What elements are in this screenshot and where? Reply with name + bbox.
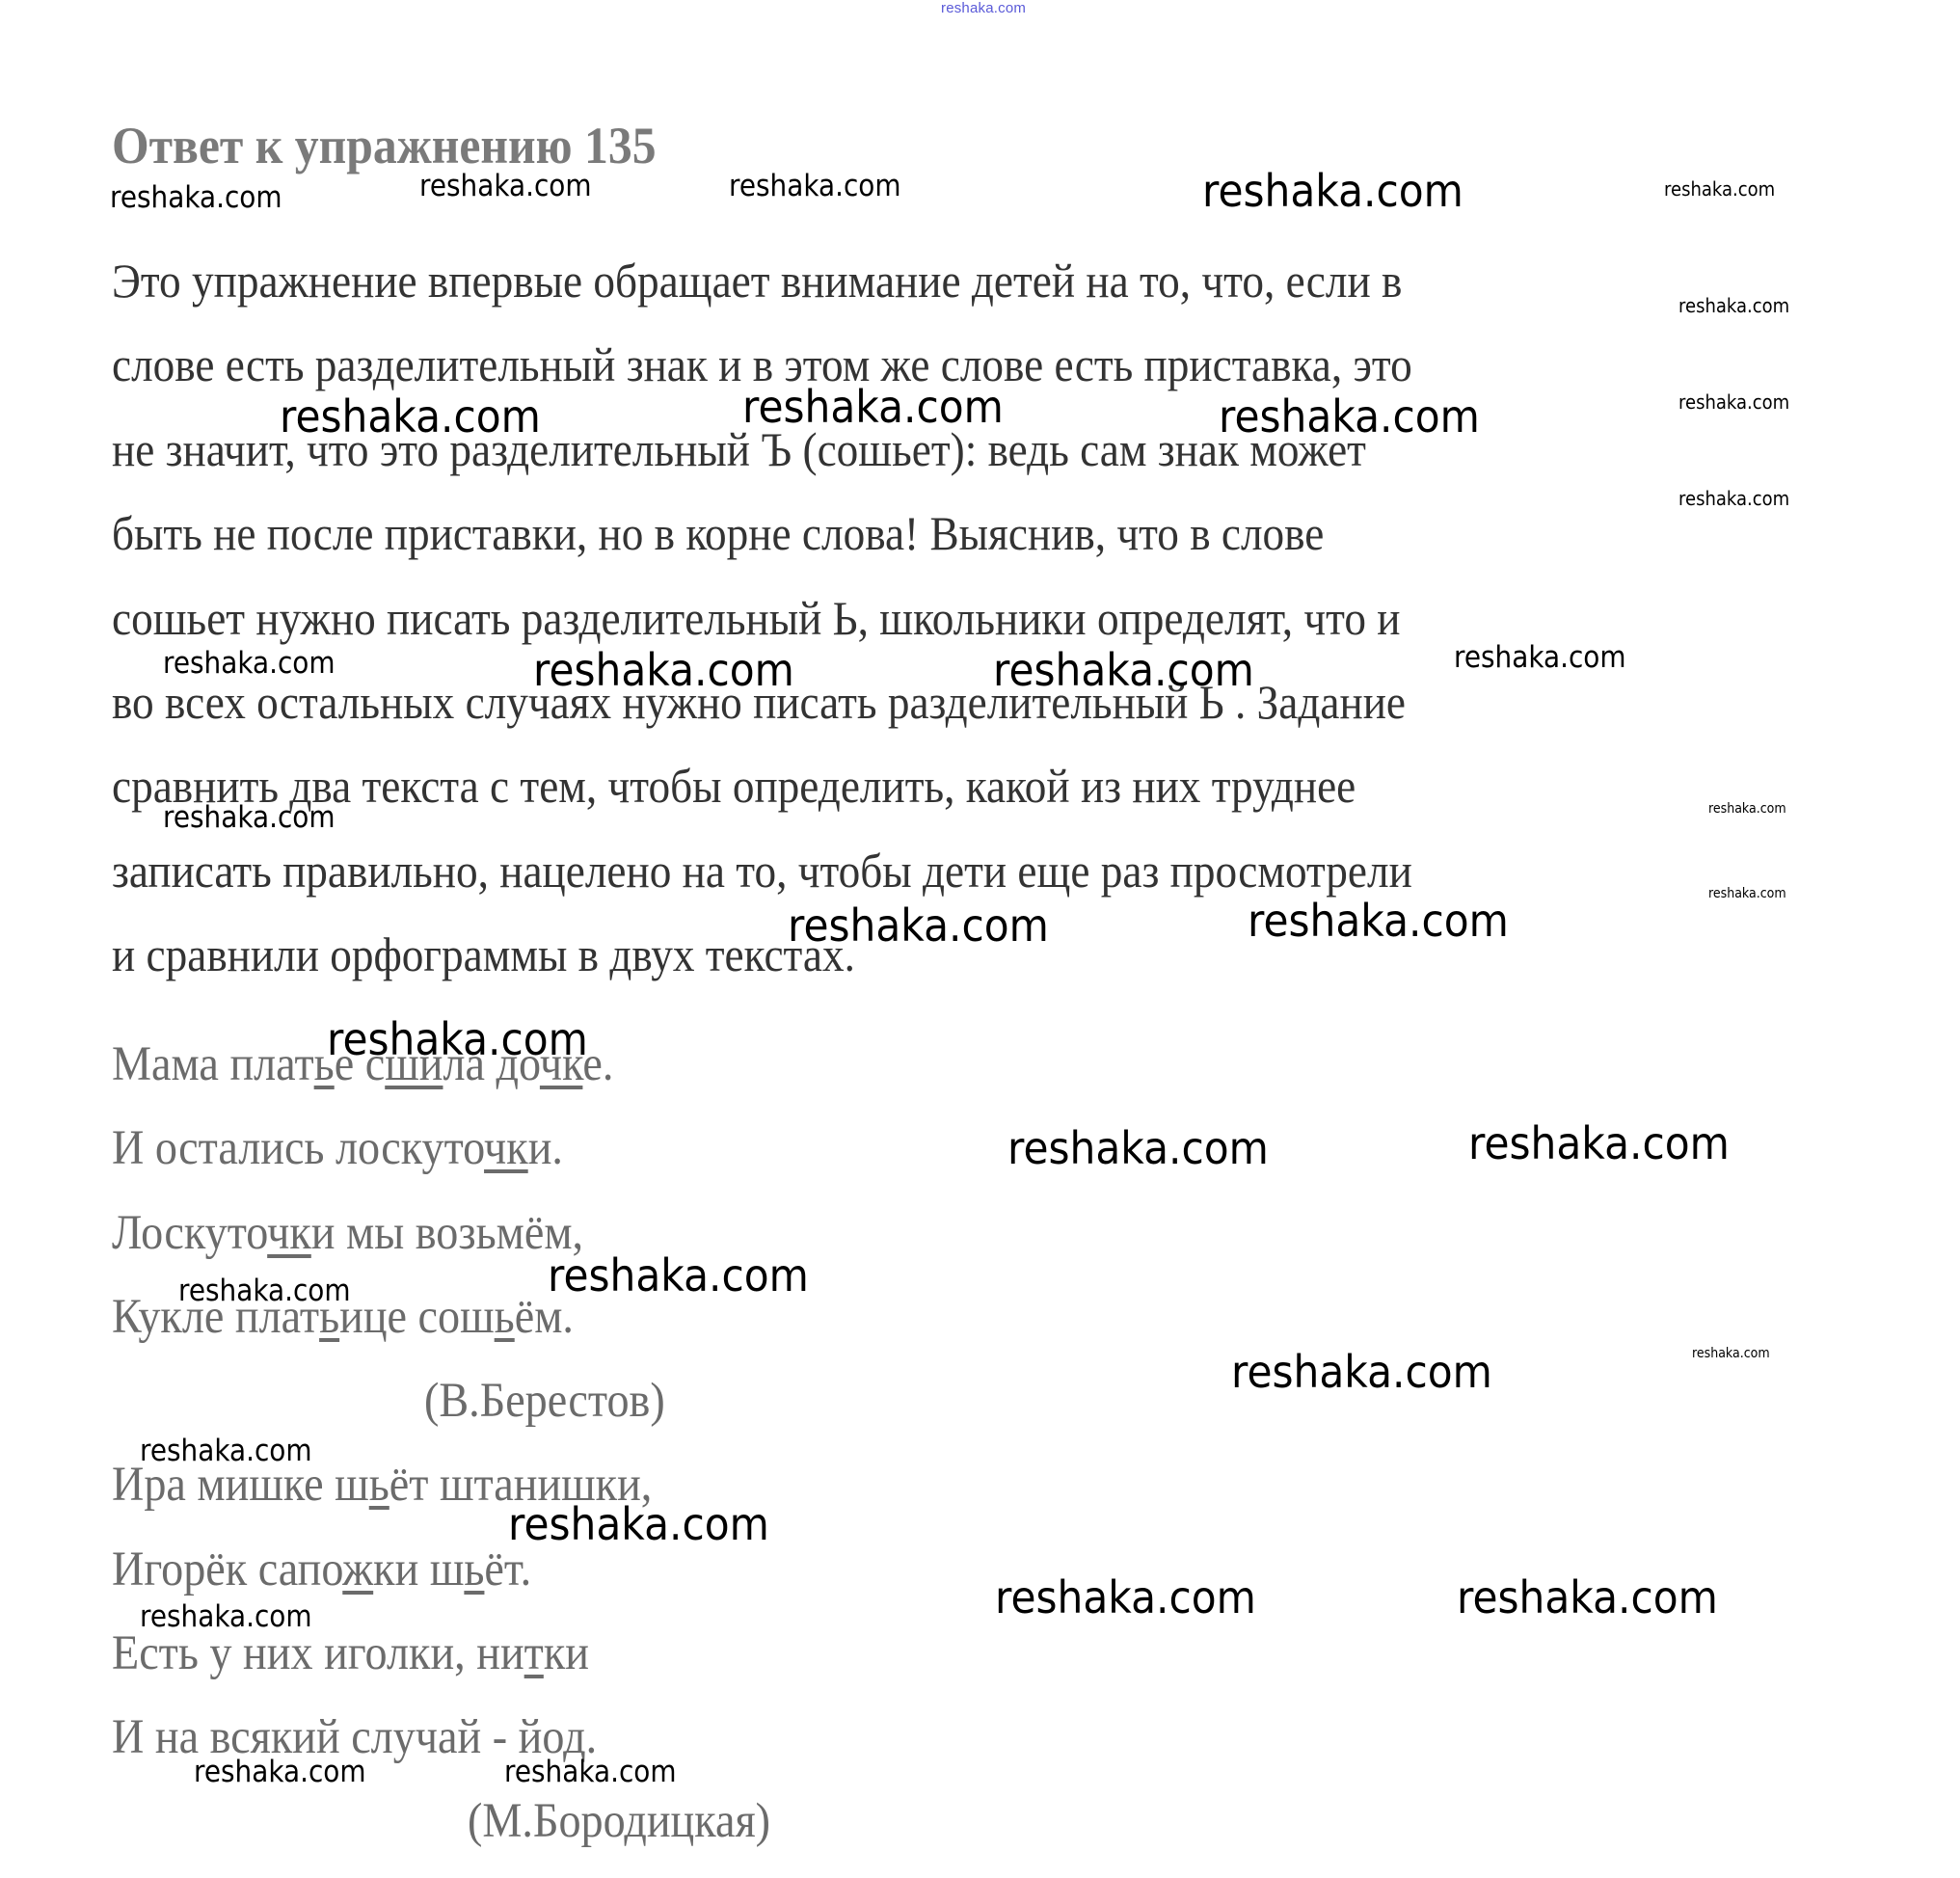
watermark: reshaka.com xyxy=(1678,489,1789,508)
watermark: reshaka.com xyxy=(729,172,901,201)
watermark: reshaka.com xyxy=(1664,179,1775,199)
paragraph-line: и сравнили орфограммы в двух текстах. xyxy=(112,926,855,982)
watermark: reshaka.com xyxy=(1248,899,1509,943)
poem-line: Лоскуточки мы возьмём, xyxy=(112,1205,583,1261)
underlined-orthogram: ь xyxy=(495,1290,515,1344)
poem-text: Есть у них иголки, ни xyxy=(112,1626,524,1680)
watermark: reshaka.com xyxy=(504,1757,677,1787)
poem-text: ки xyxy=(544,1626,589,1680)
watermark: reshaka.com xyxy=(995,1575,1256,1620)
underlined-orthogram: чк xyxy=(267,1206,311,1260)
watermark: reshaka.com xyxy=(1692,1347,1770,1360)
underlined-orthogram: ь xyxy=(464,1543,484,1596)
watermark: reshaka.com xyxy=(419,172,592,201)
poem-text: ёт. xyxy=(484,1543,531,1596)
poem-text: и. xyxy=(528,1121,563,1175)
watermark: reshaka.com xyxy=(178,1276,351,1306)
poem-author: (В.Берестов) xyxy=(424,1373,665,1429)
watermark: reshaka.com xyxy=(1231,1350,1492,1394)
page: reshaka.com Ответ к упражнению 135 Это у… xyxy=(0,0,1960,1878)
watermark: reshaka.com xyxy=(1202,169,1463,213)
poem-text: ки ш xyxy=(373,1543,464,1596)
underlined-orthogram: т xyxy=(524,1626,544,1680)
underlined-orthogram: ь xyxy=(369,1458,389,1512)
watermark: reshaka.com xyxy=(1708,802,1786,816)
watermark: reshaka.com xyxy=(1678,392,1789,412)
watermark: reshaka.com xyxy=(508,1502,769,1546)
watermark: reshaka.com xyxy=(194,1757,366,1787)
watermark: reshaka.com xyxy=(1678,296,1789,315)
watermark: reshaka.com xyxy=(140,1436,312,1466)
watermark: reshaka.com xyxy=(1219,394,1480,439)
watermark: reshaka.com xyxy=(1007,1126,1269,1170)
poem-line: И остались лоскуточки. xyxy=(112,1120,563,1176)
watermark: reshaka.com xyxy=(1454,643,1626,673)
watermark: reshaka.com xyxy=(993,648,1254,692)
watermark: reshaka.com xyxy=(163,649,336,679)
watermark: reshaka.com xyxy=(1468,1121,1730,1166)
underlined-orthogram: чк xyxy=(484,1121,528,1175)
watermark: reshaka.com xyxy=(110,183,282,213)
poem-text: и мы возьмём, xyxy=(311,1206,583,1260)
watermark: reshaka.com xyxy=(1457,1575,1718,1620)
watermark: reshaka.com xyxy=(1708,887,1786,900)
watermark: reshaka.com xyxy=(327,1017,588,1061)
paragraph-line: Это упражнение впервые обращает внимание… xyxy=(112,253,1402,309)
poem-author: (М.Бородицкая) xyxy=(468,1793,770,1849)
watermark: reshaka.com xyxy=(280,394,541,439)
underlined-orthogram: ж xyxy=(342,1543,373,1596)
poem-text: И остались лоскуто xyxy=(112,1121,484,1175)
page-title: Ответ к упражнению 135 xyxy=(112,116,657,175)
watermark: reshaka.com xyxy=(548,1253,809,1298)
watermark: reshaka.com xyxy=(140,1602,312,1632)
watermark: reshaka.com xyxy=(742,385,1004,429)
poem-line: Игорёк сапожки шьёт. xyxy=(112,1542,531,1597)
poem-text: Лоскуто xyxy=(112,1206,267,1260)
poem-text: Игорёк сапо xyxy=(112,1543,342,1596)
watermark: reshaka.com xyxy=(163,803,336,833)
paragraph-line: сошьет нужно писать разделительный Ь, шк… xyxy=(112,590,1401,646)
paragraph-line: быть не после приставки, но в корне слов… xyxy=(112,505,1324,561)
poem-text: ице сош xyxy=(339,1290,495,1344)
watermark: reshaka.com xyxy=(788,903,1049,948)
paragraph-line: записать правильно, нацелено на то, чтоб… xyxy=(112,843,1412,899)
poem-text: Мама плат xyxy=(112,1037,314,1091)
site-link[interactable]: reshaka.com xyxy=(941,0,1026,16)
watermark: reshaka.com xyxy=(533,648,794,692)
